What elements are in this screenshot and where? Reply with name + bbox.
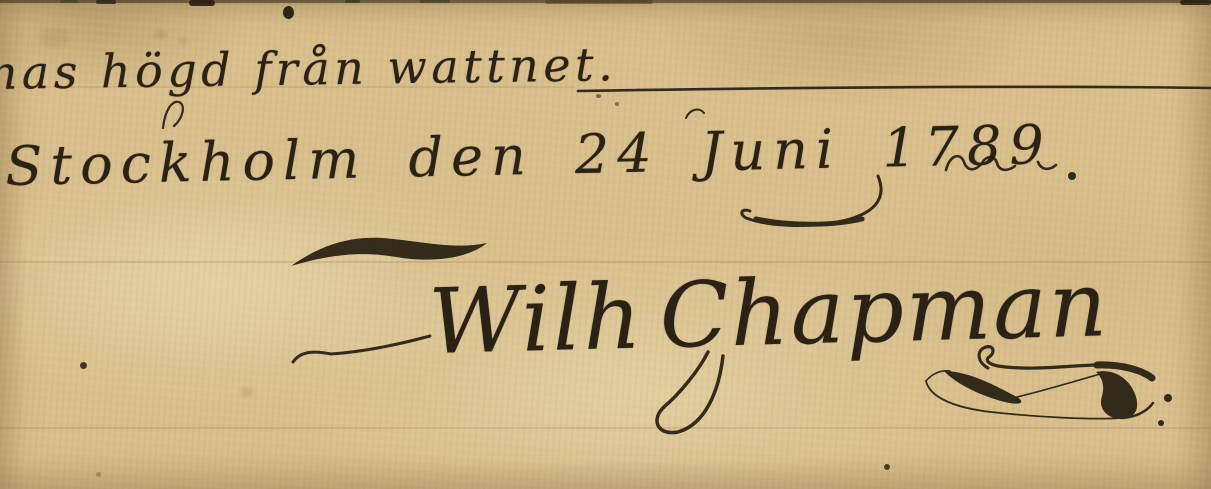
paraph-bottom-hairline: [926, 381, 1122, 419]
ascender-loop: [163, 102, 183, 128]
paraph-end-hook: [1122, 403, 1153, 418]
ink-speck: [615, 102, 619, 106]
signature-leadin-stroke: [293, 336, 430, 362]
cropped-ink-fragment: [545, 0, 653, 4]
ink-speck: [884, 464, 890, 470]
paraph-right-blob: [1096, 371, 1137, 419]
paraph-top-swoosh-bold: [1097, 365, 1152, 378]
drawn-underline-rule: [578, 87, 1211, 91]
body-line-text: nas högd från wattnet.: [0, 37, 618, 100]
ink-speck: [80, 362, 87, 369]
paraph-dot-lower: [1158, 420, 1164, 426]
paper-stain: [240, 388, 254, 396]
cropped-ink-fragment: [345, 0, 360, 3]
ink-speck: [96, 472, 101, 477]
date-tail-swash: [742, 176, 881, 225]
ink-speck: [596, 94, 601, 98]
cropped-ink-fragment: [60, 0, 78, 3]
date-line-text: Stockholm den 24 Juni 1789: [5, 113, 1053, 198]
cropped-ink-fragment: [189, 0, 215, 6]
ink-dot: [283, 6, 294, 19]
manuscript-page: nas högd från wattnet. Stockholm den 24 …: [0, 0, 1211, 489]
paraph-dot-upper: [1164, 394, 1172, 402]
date-tail-swash-bold: [756, 219, 862, 224]
signature-name: Wilh Chapman: [427, 252, 1110, 375]
handwritten-date-line: Stockholm den 24 Juni 1789: [5, 118, 1052, 194]
cropped-ink-fragment: [420, 0, 450, 3]
paraph-left-tip: [926, 371, 950, 381]
ghost-ink-bleedthrough: [154, 30, 167, 39]
signature-text: Wilh Chapman: [428, 260, 1110, 368]
handwritten-body-line: nas högd från wattnet.: [0, 41, 617, 96]
faint-ruled-line: [0, 427, 1211, 429]
paraph-left-blob: [944, 371, 1021, 404]
paraph-diagonal-hairline: [1017, 374, 1100, 397]
cropped-ink-fragment: [1180, 0, 1211, 5]
juni-diacritic: [686, 110, 704, 118]
cropped-ink-fragment: [96, 0, 116, 4]
post-date-period: [1068, 172, 1076, 180]
